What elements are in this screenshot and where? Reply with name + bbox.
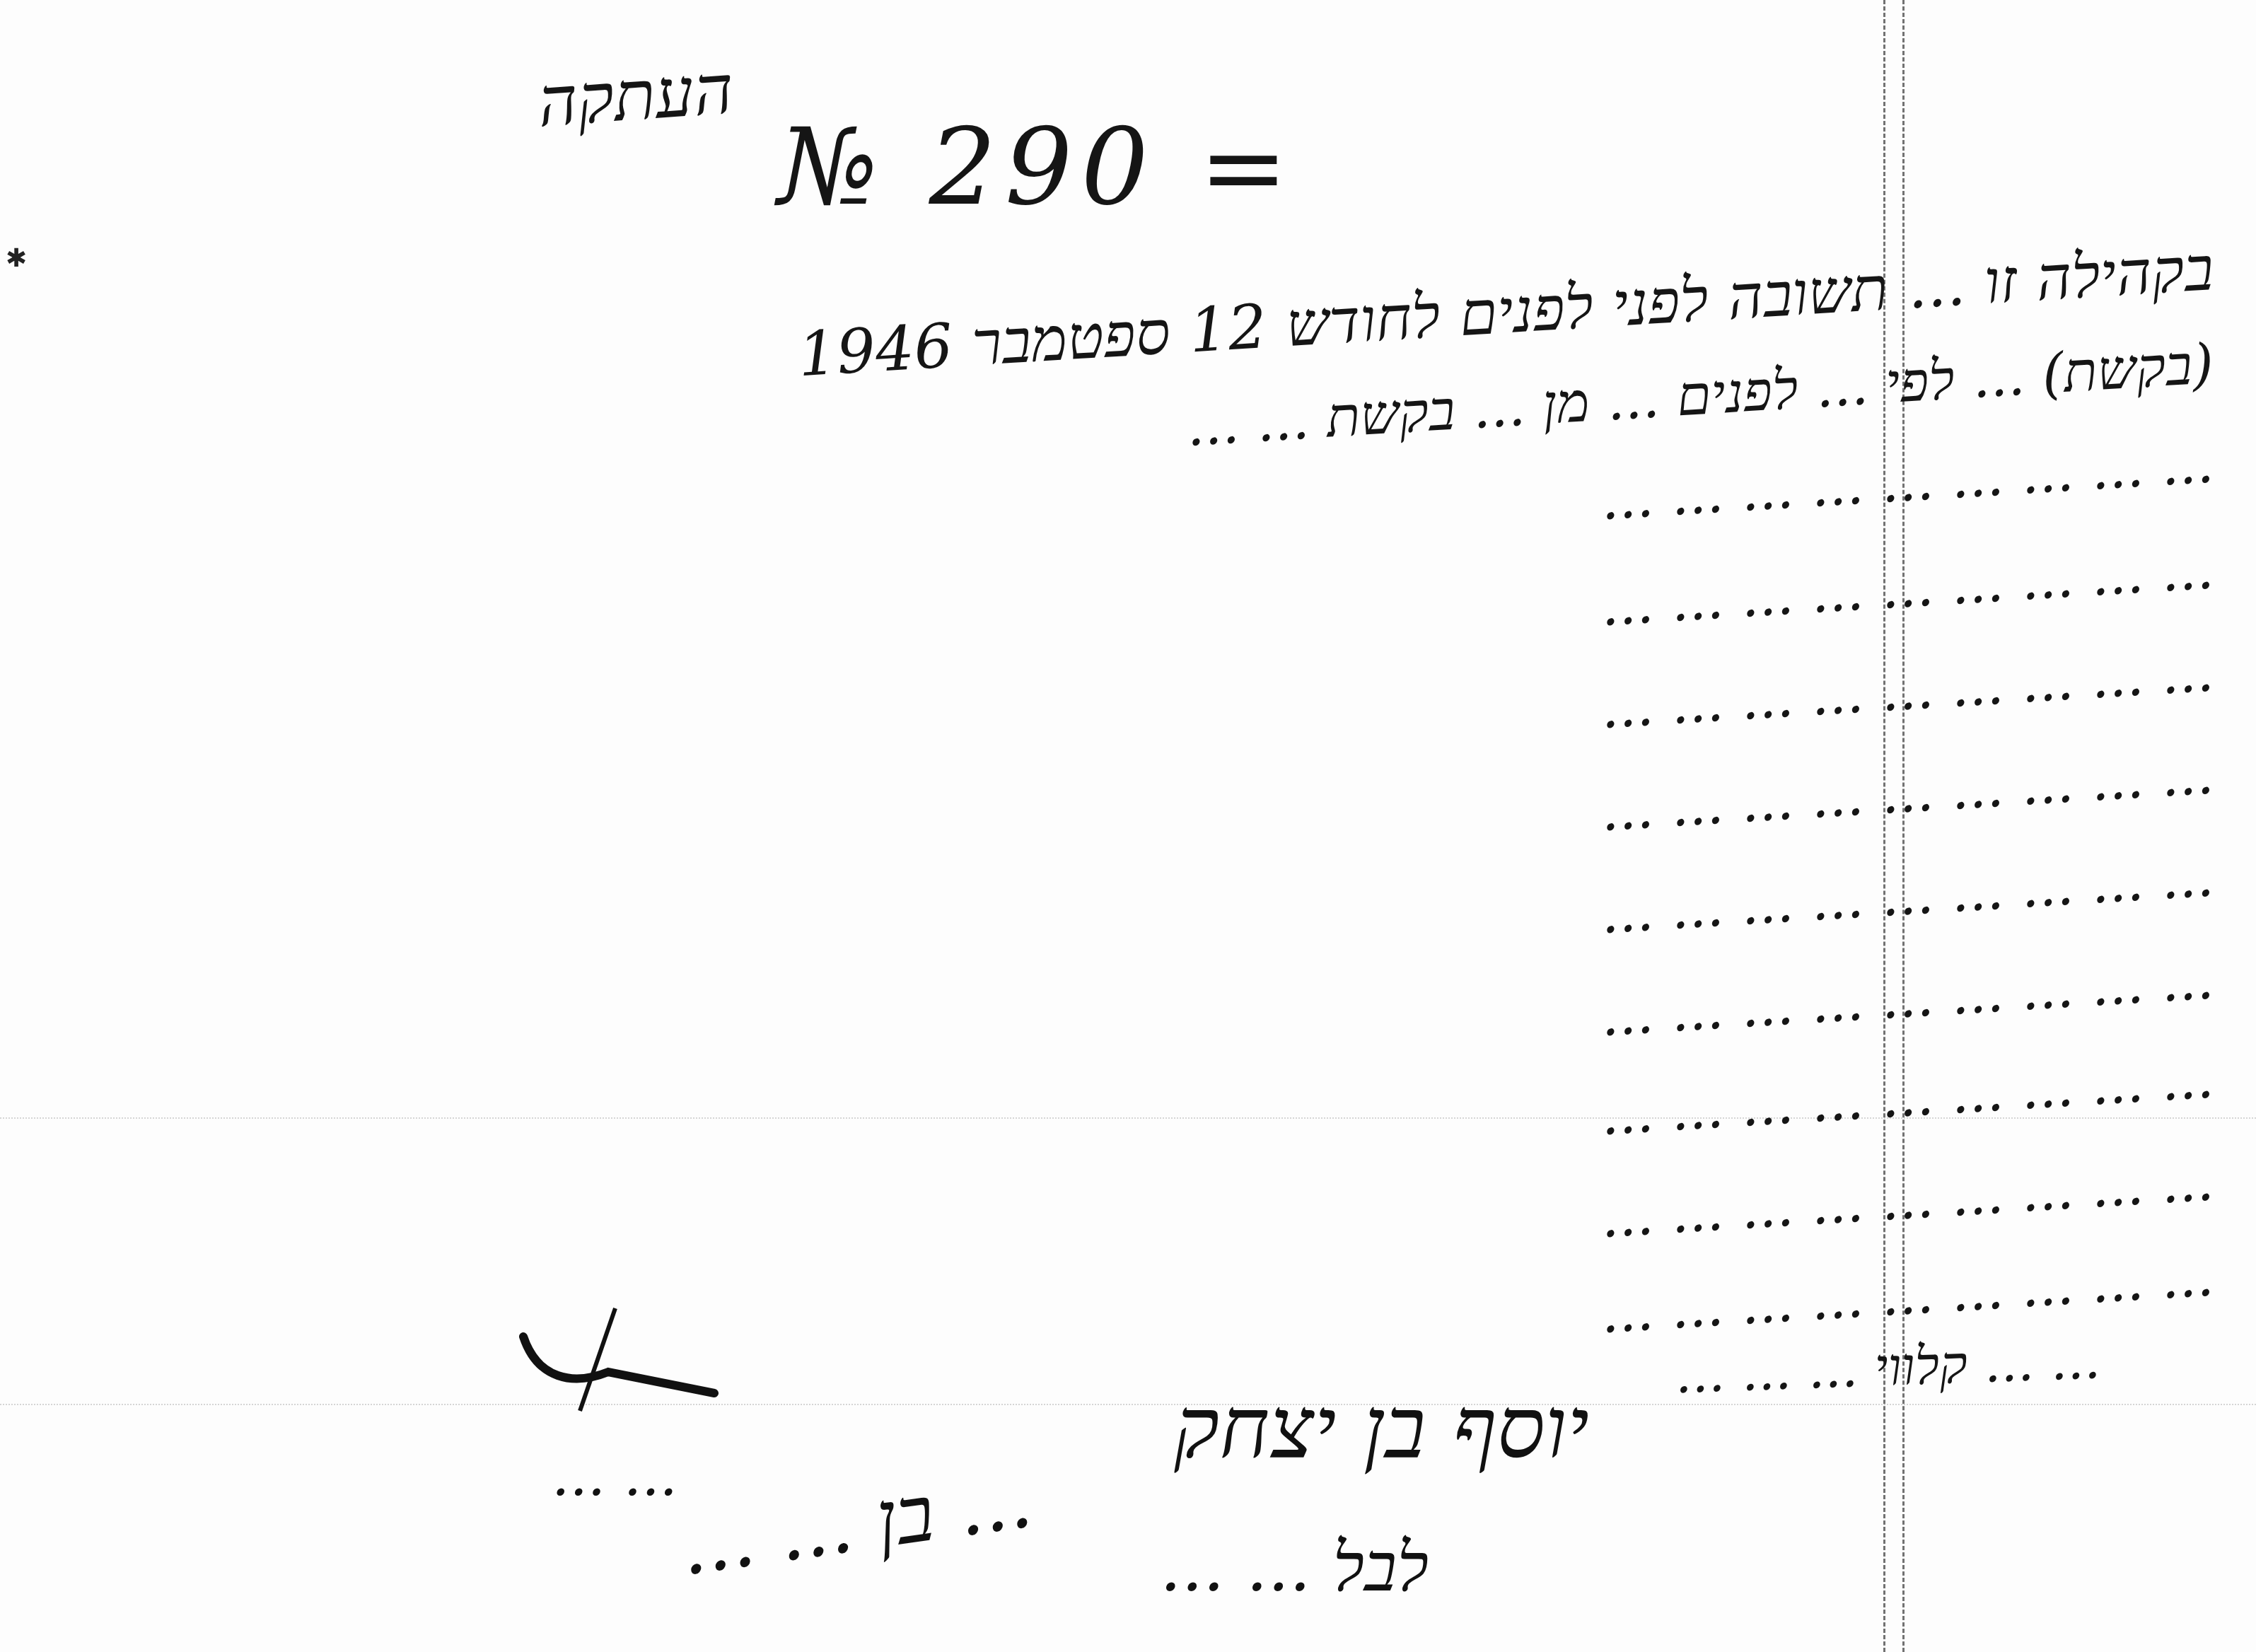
document-number: № 290 = — [778, 106, 1296, 229]
margin-star-mark: ✱ — [6, 244, 27, 273]
faint-ruled-line — [0, 1404, 2256, 1405]
closing-line: ... ... קלווי ... ... ... — [1674, 1330, 2102, 1406]
text-line-8: ... ... ... ... ... ... ... ... ... — [1599, 948, 2216, 1049]
signature-flourish-icon — [509, 1294, 721, 1414]
text-line-4: ... ... ... ... ... ... ... ... ... — [1599, 537, 2216, 639]
signature-left-aux: ... ... — [552, 1443, 678, 1508]
text-line-5: ... ... ... ... ... ... ... ... ... — [1599, 640, 2216, 741]
signature-right-name: יוסף בן יצחק — [1174, 1379, 1589, 1477]
document-title: העתקה — [535, 50, 736, 142]
signature-left-name: ... בן ... ... — [674, 1454, 1037, 1593]
document-page: ✱ העתקה № 290 = בקהילה זו ... תשובה לפני… — [0, 0, 2256, 1652]
text-line-9: ... ... ... ... ... ... ... ... ... — [1599, 1047, 2216, 1148]
text-line-3: ... ... ... ... ... ... ... ... ... — [1599, 431, 2216, 533]
text-line-7: ... ... ... ... ... ... ... ... ... — [1599, 845, 2216, 946]
text-line-10: ... ... ... ... ... ... ... ... ... — [1599, 1149, 2216, 1250]
signature-right-subline: לבל ... ... — [1160, 1528, 1429, 1607]
text-line-11: ... ... ... ... ... ... ... ... ... — [1599, 1245, 2216, 1346]
text-line-6: ... ... ... ... ... ... ... ... ... — [1599, 743, 2216, 844]
